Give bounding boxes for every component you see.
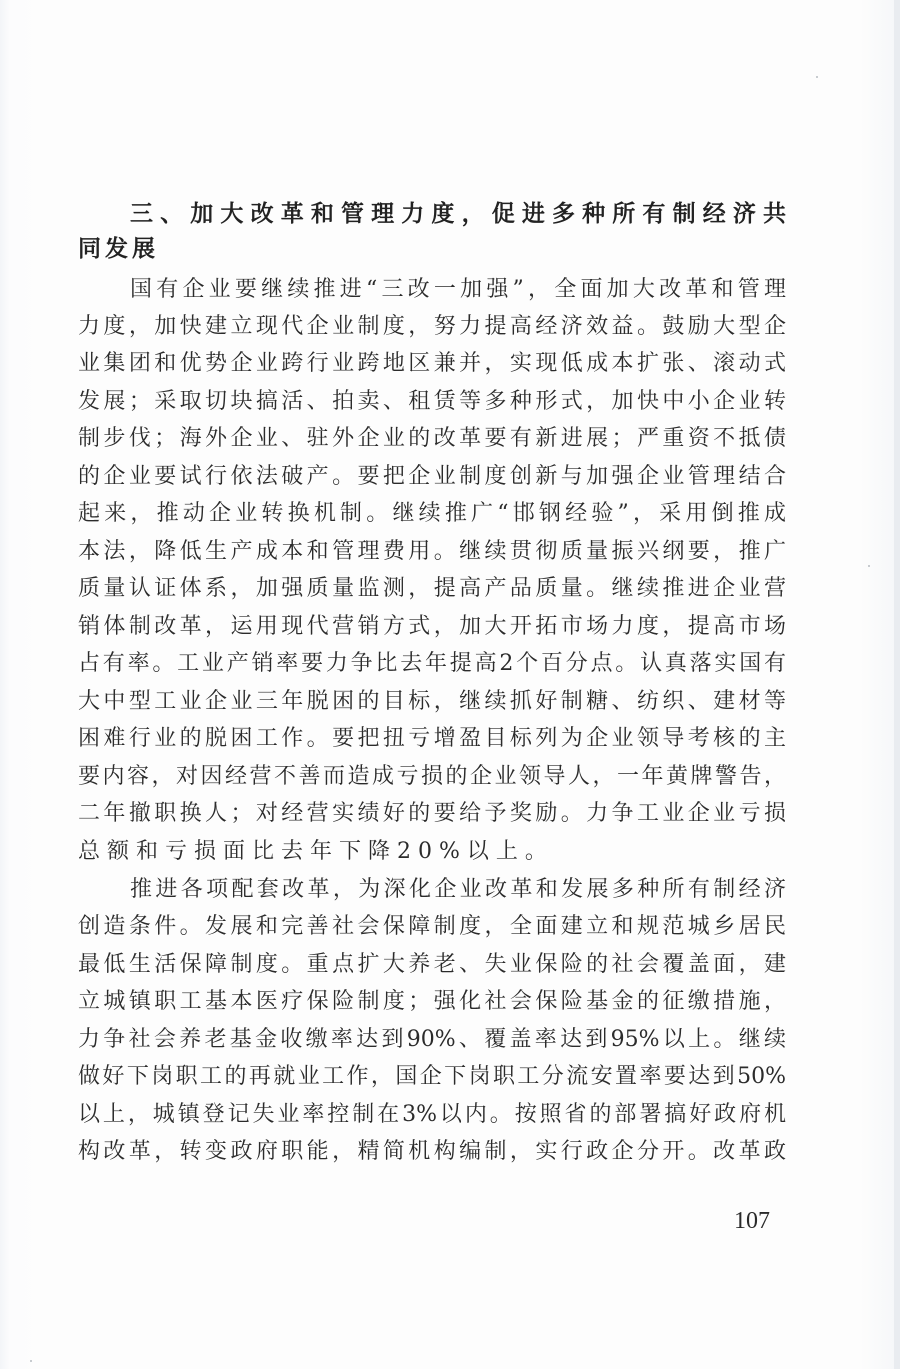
paragraph-line: 创造条件。发展和完善社会保障制度，全面建立和规范城乡居民 xyxy=(78,911,786,943)
paragraph-line: 质量认证体系，加强质量监测，提高产品质量。继续推进企业营 xyxy=(78,573,786,605)
scan-speck xyxy=(816,76,818,78)
paragraph-line: 困难行业的脱困工作。要把扭亏增盈目标列为企业领导考核的主 xyxy=(78,723,786,755)
page-number: 107 xyxy=(734,1208,770,1235)
scanned-page: 三、加大改革和管理力度，促进多种所有制经济共 同发展 国有企业要继续推进“三改一… xyxy=(0,0,900,1369)
section-heading-line-2: 同发展 xyxy=(78,231,159,267)
page-edge-shadow xyxy=(894,0,900,1369)
paragraph-line: 国有企业要继续推进“三改一加强”，全面加大改革和管理 xyxy=(130,274,786,306)
paragraph-line: 以上，城镇登记失业率控制在3%以内。按照省的部署搞好政府机 xyxy=(78,1099,786,1131)
paragraph-line: 发展；采取切块搞活、拍卖、租赁等多种形式，加快中小企业转 xyxy=(78,386,786,418)
paragraph-line: 推进各项配套改革，为深化企业改革和发展多种所有制经济 xyxy=(130,874,786,906)
paragraph-line: 大中型工业企业三年脱困的目标，继续抓好制糖、纺织、建材等 xyxy=(78,686,786,718)
paragraph-line: 本法，降低生产成本和管理费用。继续贯彻质量振兴纲要，推广 xyxy=(78,536,786,568)
paragraph-line: 要内容，对因经营不善而造成亏损的企业领导人，一年黄牌警告， xyxy=(78,761,786,793)
paragraph-line: 业集团和优势企业跨行业跨地区兼并，实现低成本扩张、滚动式 xyxy=(78,348,786,380)
paragraph-line: 做好下岗职工的再就业工作，国企下岗职工分流安置率要达到50% xyxy=(78,1061,786,1093)
paragraph-line: 最低生活保障制度。重点扩大养老、失业保险的社会覆盖面，建 xyxy=(78,949,786,981)
paragraph-line: 制步伐；海外企业、驻外企业的改革要有新进展；严重资不抵债 xyxy=(78,423,786,455)
paragraph-line: 力度，加快建立现代企业制度，努力提高经济效益。鼓励大型企 xyxy=(78,311,786,343)
scan-speck xyxy=(868,565,870,567)
paragraph-line: 立城镇职工基本医疗保险制度；强化社会保险基金的征缴措施， xyxy=(78,986,786,1018)
paragraph-line: 起来，推动企业转换机制。继续推广“邯钢经验”，采用倒推成 xyxy=(78,498,786,530)
paragraph-line: 力争社会养老基金收缴率达到90%、覆盖率达到95%以上。继续 xyxy=(78,1024,786,1056)
paragraph-line: 总额和亏损面比去年下降20%以上。 xyxy=(78,836,786,868)
paragraph-line: 二年撤职换人；对经营实绩好的要给予奖励。力争工业企业亏损 xyxy=(78,798,786,830)
paragraph-line: 构改革，转变政府职能，精简机构编制，实行政企分开。改革政 xyxy=(78,1136,786,1168)
scan-speck xyxy=(30,1360,32,1362)
section-heading-line-1: 三、加大改革和管理力度，促进多种所有制经济共 xyxy=(130,196,786,232)
paragraph-line: 的企业要试行依法破产。要把企业制度创新与加强企业管理结合 xyxy=(78,461,786,493)
paragraph-line: 销体制改革，运用现代营销方式，加大开拓市场力度，提高市场 xyxy=(78,611,786,643)
paragraph-line: 占有率。工业产销率要力争比去年提高2个百分点。认真落实国有 xyxy=(78,648,786,680)
